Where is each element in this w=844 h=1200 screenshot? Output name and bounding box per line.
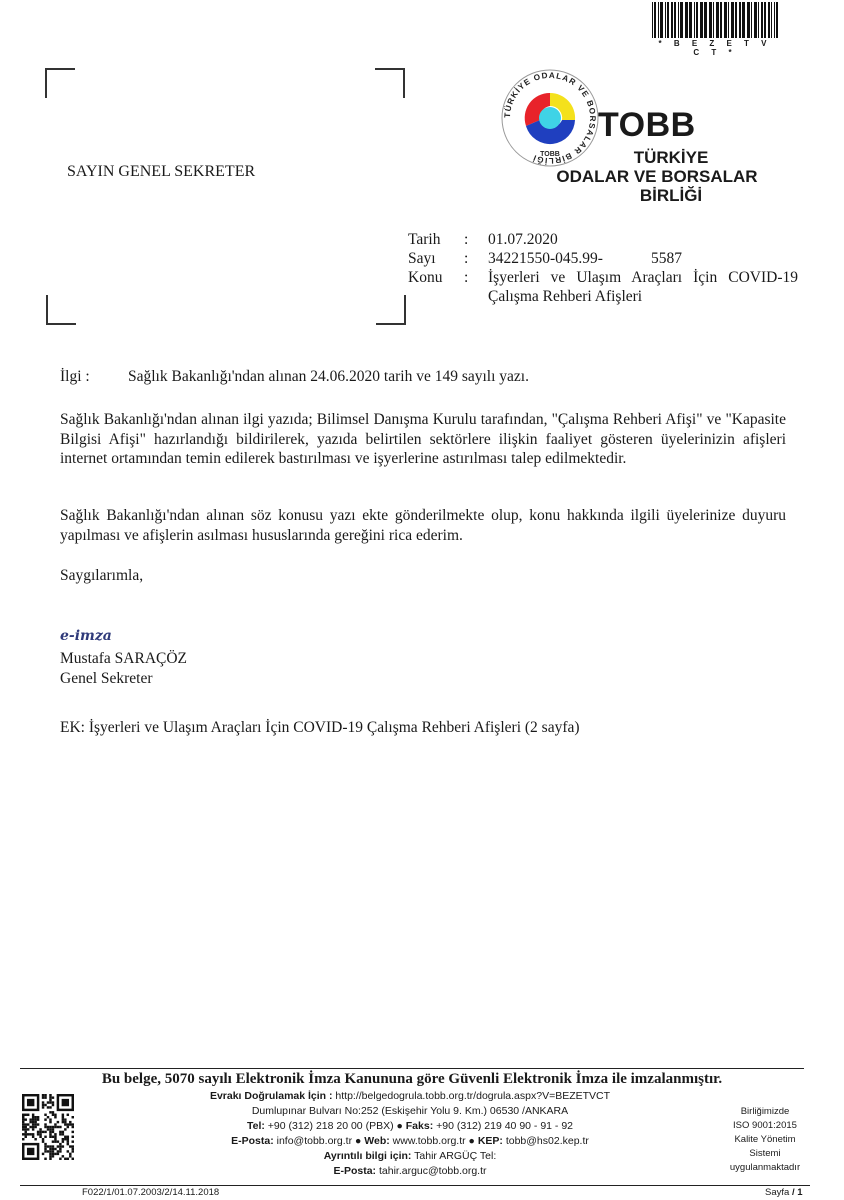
form-code: F022/1/01.07.2003/2/14.11.2018 [82, 1187, 219, 1198]
corner-mark-bottom-right [376, 295, 406, 325]
phone-line: Tel: +90 (312) 218 20 00 (PBX) ● Faks: +… [180, 1119, 640, 1134]
bullet-icon: ● [397, 1120, 403, 1132]
subject-label: Konu [408, 268, 464, 306]
verify-label: Evrakı Doğrulamak İçin : [210, 1090, 333, 1102]
tel-value: +90 (312) 218 20 00 (PBX) [268, 1120, 394, 1132]
page-number: Sayfa / 1 [765, 1187, 803, 1198]
org-name-line: ODALAR VE BORSALAR [552, 167, 762, 186]
address: Dumlupınar Bulvarı No:252 (Eskişehir Yol… [180, 1104, 640, 1119]
iso-line: ISO 9001:2015 [715, 1119, 815, 1133]
attachment-note: EK: İşyerleri ve Ulaşım Araçları İçin CO… [60, 719, 580, 737]
e-signature-mark: e-imza [60, 628, 112, 644]
fax-value: +90 (312) 219 40 90 - 91 - 92 [436, 1120, 573, 1132]
separator: : [464, 249, 488, 268]
iso-line: Birliğimizde [715, 1105, 815, 1119]
reference-line: İlgi : Sağlık Bakanlığı'ndan alınan 24.0… [60, 368, 529, 386]
reference-label: İlgi : [60, 368, 128, 386]
reference-text: Sağlık Bakanlığı'ndan alınan 24.06.2020 … [128, 368, 529, 386]
fax-label: Faks: [406, 1120, 433, 1132]
info-line: Ayrıntılı bilgi için: Tahir ARGÜÇ Tel: [180, 1149, 640, 1164]
number-value-wrap: 34221550-045.99-5587 [488, 249, 808, 268]
e-signature-legal-notice: Bu belge, 5070 sayılı Elektronik İmza Ka… [20, 1071, 804, 1088]
number-value: 34221550-045.99- [488, 250, 603, 267]
number-suffix: 5587 [651, 250, 682, 267]
iso-certification-note: Birliğimizde ISO 9001:2015 Kalite Yöneti… [715, 1105, 815, 1175]
recipient: SAYIN GENEL SEKRETER [67, 163, 255, 181]
footer-divider [20, 1068, 804, 1069]
online-contact-line: E-Posta: info@tobb.org.tr ● Web: www.tob… [180, 1134, 640, 1149]
web-label: Web: [364, 1135, 389, 1147]
bullet-icon: ● [355, 1135, 361, 1147]
body-paragraph: Sağlık Bakanlığı'ndan alınan söz konusu … [60, 506, 786, 545]
page-label: Sayfa [765, 1187, 789, 1198]
iso-line: Sistemi [715, 1147, 815, 1161]
kep-link[interactable]: tobb@hs02.kep.tr [506, 1135, 589, 1147]
closing: Saygılarımla, [60, 567, 143, 585]
tel-label: Tel: [247, 1120, 265, 1132]
meta-number-row: Sayı : 34221550-045.99-5587 [408, 249, 808, 268]
footer-contact: Evrakı Doğrulamak İçin : http://belgedog… [180, 1089, 640, 1179]
email-label: E-Posta: [231, 1135, 274, 1147]
iso-line: uygulanmaktadır [715, 1161, 815, 1175]
meta-subject-row: Konu : İşyerleri ve Ulaşım Araçları İçin… [408, 268, 808, 306]
bullet-icon: ● [469, 1135, 475, 1147]
iso-line: Kalite Yönetim [715, 1133, 815, 1147]
corner-mark-top-right [375, 68, 405, 98]
subject-value: İşyerleri ve Ulaşım Araçları İçin COVID-… [488, 268, 798, 306]
contact-email-label: E-Posta: [333, 1165, 376, 1177]
barcode-text: * B E Z E T V C T * [652, 39, 778, 57]
logo-abbreviation: TOBB [598, 106, 696, 145]
info-label: Ayrıntılı bilgi için: [324, 1150, 412, 1162]
page-value: / 1 [792, 1187, 803, 1198]
verify-url-link[interactable]: http://belgedogrula.tobb.org.tr/dogrula.… [335, 1090, 610, 1102]
separator: : [464, 230, 488, 249]
qr-code-icon[interactable] [22, 1094, 74, 1160]
info-person: Tahir ARGÜÇ Tel: [414, 1150, 496, 1162]
contact-email-line: E-Posta: tahir.arguc@tobb.org.tr [180, 1164, 640, 1179]
contact-email-link[interactable]: tahir.arguc@tobb.org.tr [379, 1165, 487, 1177]
kep-label: KEP: [478, 1135, 503, 1147]
org-name-line: BİRLİĞİ [552, 186, 762, 205]
corner-mark-bottom-left [46, 295, 76, 325]
meta-date-row: Tarih : 01.07.2020 [408, 230, 808, 249]
separator: : [464, 268, 488, 306]
document-meta: Tarih : 01.07.2020 Sayı : 34221550-045.9… [408, 230, 808, 306]
organization-name: TÜRKİYE ODALAR VE BORSALAR BİRLİĞİ [552, 148, 762, 205]
signer-title: Genel Sekreter [60, 670, 153, 688]
footer-bottom-divider [20, 1185, 810, 1186]
web-link[interactable]: www.tobb.org.tr [393, 1135, 466, 1147]
verify-line: Evrakı Doğrulamak İçin : http://belgedog… [180, 1089, 640, 1104]
barcode-icon [652, 2, 778, 38]
date-label: Tarih [408, 230, 464, 249]
email-link[interactable]: info@tobb.org.tr [277, 1135, 352, 1147]
number-label: Sayı [408, 249, 464, 268]
org-name-line: TÜRKİYE [552, 148, 762, 167]
body-paragraph: Sağlık Bakanlığı'ndan alınan ilgi yazıda… [60, 410, 786, 469]
signer-name: Mustafa SARAÇÖZ [60, 650, 187, 668]
date-value: 01.07.2020 [488, 230, 808, 249]
corner-mark-top-left [45, 68, 75, 98]
